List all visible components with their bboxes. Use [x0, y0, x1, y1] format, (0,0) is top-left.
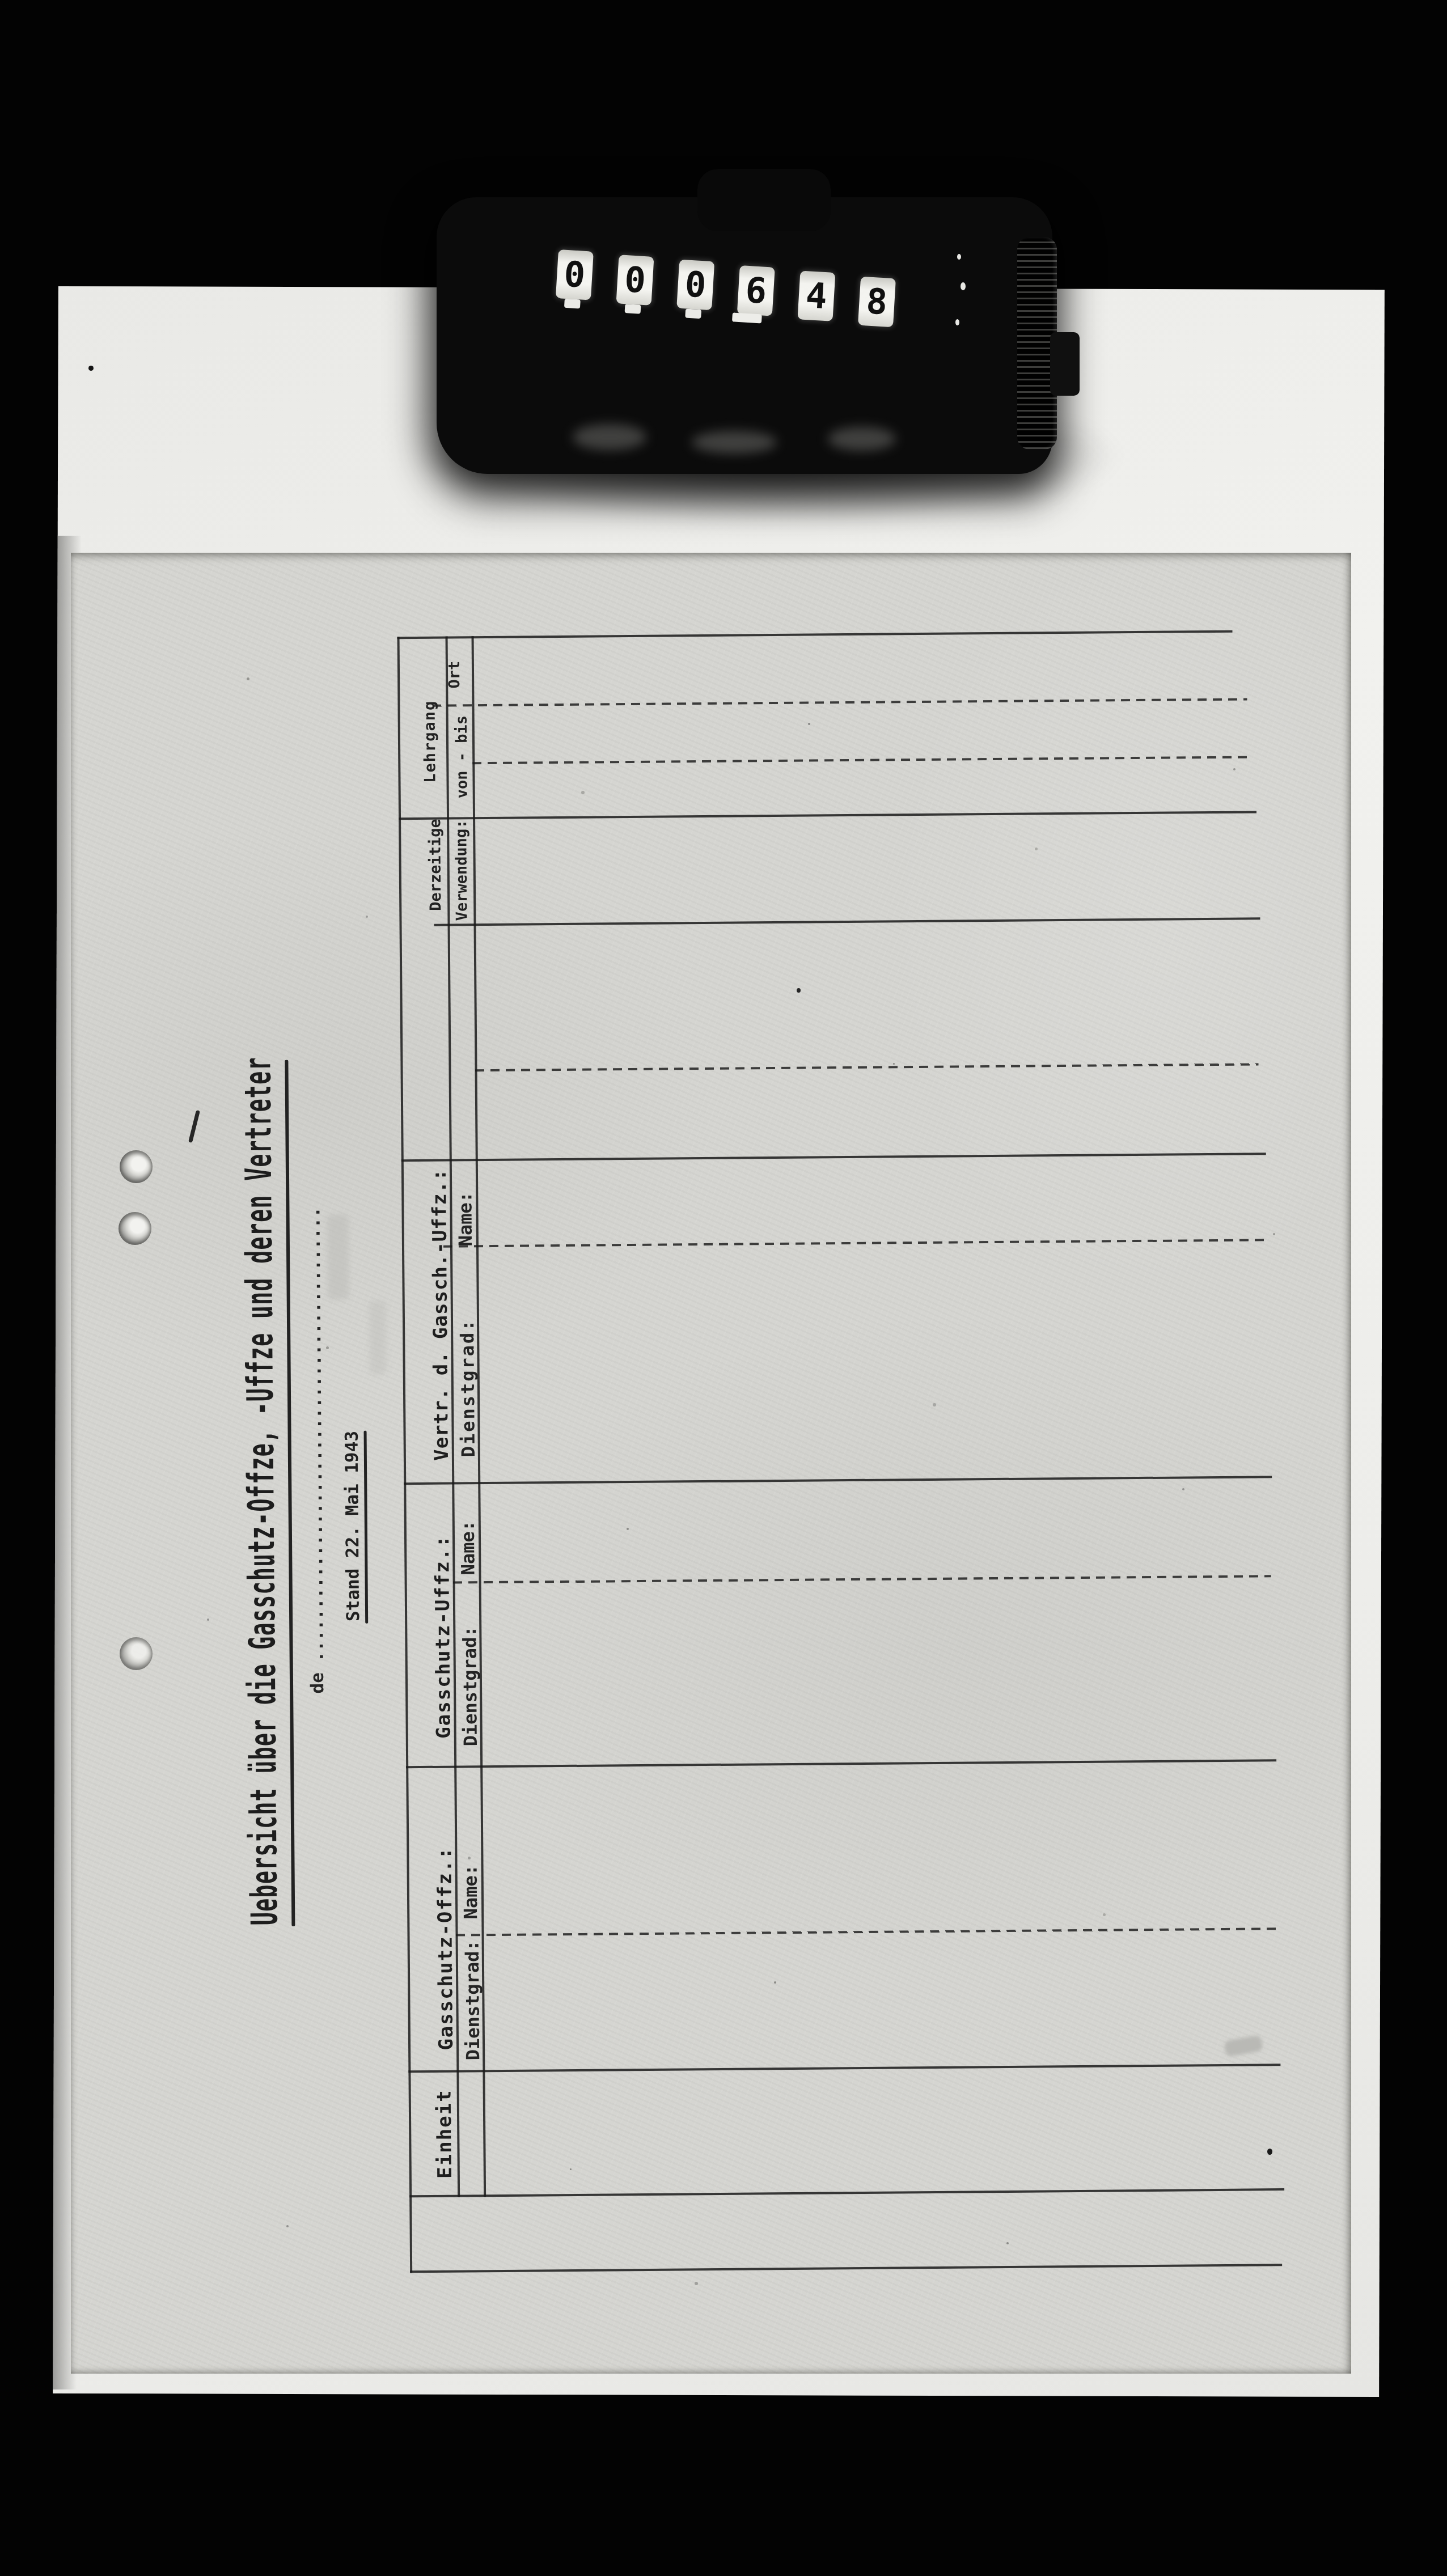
grid-line: [406, 1759, 1276, 1768]
grid-line: [475, 1063, 1259, 1071]
grid-line: [409, 2188, 1284, 2197]
document-title-text: Uebersicht über die Gasschutz-Offze, -Uf…: [240, 1057, 283, 1926]
date-underline: [364, 1431, 369, 1624]
reflection: [573, 424, 646, 450]
counter-digits: 0 0 0 6 4 8: [555, 249, 904, 327]
ink-speck: [88, 366, 94, 371]
counter-digit: 8: [858, 277, 896, 328]
ink-dot: [1267, 2149, 1272, 2155]
paper-speck: [468, 1857, 471, 1859]
col-header-gasschutz-offz-name: Name:: [460, 1865, 482, 1920]
unit-fill-line: de .....................................…: [303, 1207, 328, 1694]
col-header-lehrgang: Lehrgang: [421, 700, 439, 783]
grid-line: [397, 630, 1233, 639]
paper-speck: [1182, 1488, 1184, 1490]
col-header-vertreter-dienstgrad: Dienstgrad:: [456, 1318, 479, 1457]
grid-line: [397, 637, 413, 2273]
punch-hole: [120, 1637, 153, 1670]
counter-axle: [1050, 332, 1080, 396]
dust-speck: [955, 319, 959, 325]
paper-speck: [695, 2282, 698, 2285]
paper-speck: [1103, 1913, 1106, 1916]
paper-speck: [627, 1528, 629, 1530]
document-title: Uebersicht über die Gasschutz-Offze, -Uf…: [235, 478, 283, 1926]
grid-line: [434, 917, 1260, 926]
paper-speck: [366, 916, 368, 918]
ghost-smudge: [369, 1300, 387, 1374]
counter-digit: 6: [737, 265, 775, 316]
grid-line: [472, 756, 1251, 764]
counter-digit: 4: [797, 270, 835, 321]
col-header-gasschutz-uffz-name: Name:: [457, 1520, 479, 1575]
col-header-gasschutz-uffz-dienstgrad: Dienstgrad:: [459, 1626, 481, 1746]
microfilm-frame: Uebersicht über die Gasschutz-Offze, -Uf…: [0, 0, 1447, 2576]
col-header-derzeitige: Derzeitige: [426, 819, 445, 911]
grid-line: [453, 1575, 1271, 1583]
col-header-verwendung: Verwendung:: [452, 819, 471, 921]
paper-speck: [581, 791, 585, 794]
document-page: Uebersicht über die Gasschutz-Offze, -Uf…: [71, 553, 1351, 2374]
reflection: [828, 427, 896, 451]
col-header-gasschutz-offz: Gasschutz-Offz.:: [433, 1846, 458, 2050]
paper-speck: [808, 723, 810, 725]
grid-line: [401, 1153, 1266, 1162]
col-header-vertreter-name: Name:: [454, 1192, 476, 1247]
grid-line: [410, 2264, 1282, 2273]
col-header-gasschutz-offz-dienstgrad: Dienstgrad:: [462, 1940, 484, 2060]
counter-digit: 0: [556, 249, 594, 300]
reflection: [692, 431, 777, 454]
date-line: Stand 22. Mai 1943: [342, 1431, 364, 1621]
dust-speck: [961, 282, 966, 290]
grid-line: [408, 2064, 1280, 2073]
paper-speck: [1035, 848, 1038, 850]
paper-speck: [286, 2225, 289, 2227]
paper-speck: [1273, 1233, 1275, 1235]
paper-speck: [570, 2168, 572, 2170]
ink-dot: [797, 988, 801, 993]
grid-line: [456, 1927, 1277, 1936]
col-header-von-bis: von - bis: [453, 715, 471, 799]
document-content: Uebersicht über die Gasschutz-Offze, -Uf…: [64, 548, 1358, 2379]
paper-speck: [1006, 2242, 1009, 2244]
col-header-gasschutz-uffz: Gasschutz-Uffz.:: [431, 1535, 455, 1739]
col-header-einheit: Einheit: [433, 2089, 456, 2179]
dust-speck: [957, 254, 961, 260]
grid-line: [404, 1476, 1272, 1485]
paper-speck: [933, 1403, 936, 1406]
counter-digit: 0: [676, 260, 714, 311]
col-header-vertreter: Vertr. d. Gassch.-Uffz.:: [428, 1168, 453, 1461]
ghost-smudge: [327, 1214, 349, 1299]
punch-hole: [119, 1212, 151, 1245]
film-counter-device: 0 0 0 6 4 8: [437, 197, 1052, 474]
counter-digit: 0: [616, 255, 654, 306]
col-header-ort: Ort: [446, 661, 463, 689]
paper-speck: [1233, 768, 1236, 770]
counter-housing-bump: [697, 169, 831, 231]
paper-speck: [247, 677, 249, 680]
title-underline: [285, 1060, 295, 1926]
paper-speck: [207, 1619, 209, 1621]
paper-speck: [326, 1346, 329, 1349]
punch-hole: [120, 1150, 153, 1183]
grid-line: [432, 698, 1247, 707]
grid-line: [443, 1239, 1266, 1247]
paper-speck: [893, 1063, 895, 1065]
paper-speck: [774, 1981, 776, 1984]
grid-line: [399, 811, 1256, 820]
